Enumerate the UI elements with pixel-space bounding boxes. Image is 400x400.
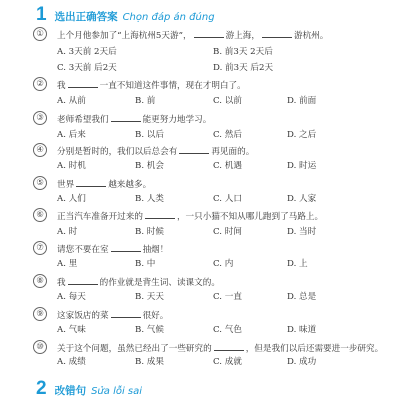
option-c[interactable]: C. 内 [213,258,233,270]
option-a[interactable]: A. 3天前 2天后 [57,46,117,58]
option-d[interactable]: D. 总是 [287,291,316,303]
option-d[interactable]: D. 之后 [287,129,316,141]
option-b[interactable]: B. 前3天 2天后 [213,46,273,58]
answer-blank[interactable] [145,209,175,219]
option-a[interactable]: A. 时 [57,226,77,238]
question-text: 上个月他参加了“上海杭州5天游”，游上海，游杭州。 [57,28,328,42]
question-text: 这家饭店的菜很好。 [57,308,168,322]
answer-blank[interactable] [194,28,224,38]
question-number: ④ [33,143,47,157]
section-title: 改错句 [55,383,87,398]
question-text: 关于这个问题，虽然已经出了一些研究的，但是我们以后还需要进一步研究。 [57,341,383,355]
answer-blank[interactable] [214,341,244,351]
option-b[interactable]: B. 气候 [135,324,164,336]
answer-blank[interactable] [76,177,106,187]
option-b[interactable]: B. 机会 [135,160,164,172]
option-b[interactable]: B. 天天 [135,291,164,303]
question-number: ⑨ [33,307,47,321]
option-b[interactable]: B. 以后 [135,129,164,141]
section-subtitle: Sửa lỗi sai [91,386,142,397]
option-c[interactable]: C. 气色 [213,324,242,336]
question-text: 世界越来越多。 [57,177,151,191]
option-c[interactable]: C. 成就 [213,356,242,368]
answer-blank[interactable] [68,275,98,285]
question-number: ① [33,27,47,41]
answer-blank[interactable] [111,112,141,122]
answer-blank[interactable] [68,78,98,88]
section-number: 1 [36,4,47,26]
option-d[interactable]: D. 时运 [287,160,316,172]
answer-blank[interactable] [111,242,141,252]
question-text: 请您不要在室抽烟！ [57,242,168,256]
option-b[interactable]: B. 前 [135,95,155,107]
section-title: 选出正确答案 [55,9,118,24]
option-c[interactable]: C. 一直 [213,291,242,303]
option-c[interactable]: C. 以前 [213,95,242,107]
option-b[interactable]: B. 中 [135,258,155,270]
question-number: ⑧ [33,274,47,288]
option-a[interactable]: A. 成绩 [57,356,86,368]
option-c[interactable]: C. 机遇 [213,160,242,172]
question-text: 正当汽车准备开过来的，一只小猫不知从哪儿跑到了马路上。 [57,209,323,223]
option-d[interactable]: D. 味道 [287,324,316,336]
section-1-header: 1 选出正确答案 Chọn đáp án đúng [36,4,215,26]
option-d[interactable]: D. 成功 [287,356,316,368]
question-text: 我一直不知道这件事情，现在才明白了。 [57,78,246,92]
option-a[interactable]: A. 时机 [57,160,86,172]
answer-blank[interactable] [111,308,141,318]
option-a[interactable]: A. 后来 [57,129,86,141]
section-subtitle: Chọn đáp án đúng [123,12,215,23]
option-c[interactable]: C. 3天前 后2天 [57,62,117,74]
question-text: 老师希望我们能更努力地学习。 [57,112,211,126]
option-d[interactable]: D. 上 [287,258,308,270]
question-text: 我的作业就是背生词、读课文的。 [57,275,220,289]
question-number: ⑦ [33,241,47,255]
question-number: ③ [33,111,47,125]
question-text: 分别是暂时的，我们以后总会有再见面的。 [57,144,254,158]
option-a[interactable]: A. 从前 [57,95,86,107]
section-number: 2 [36,378,47,400]
option-d[interactable]: D. 前3天 后2天 [213,62,273,74]
option-c[interactable]: C. 时间 [213,226,242,238]
option-b[interactable]: B. 成果 [135,356,164,368]
option-d[interactable]: D. 前面 [287,95,316,107]
option-c[interactable]: C. 然后 [213,129,242,141]
question-number: ⑩ [33,340,47,354]
option-d[interactable]: D. 当时 [287,226,316,238]
option-a[interactable]: A. 人们 [57,193,86,205]
option-a[interactable]: A. 每天 [57,291,86,303]
question-number: ② [33,77,47,91]
section-2-header: 2 改错句 Sửa lỗi sai [36,378,142,400]
option-d[interactable]: D. 人家 [287,193,316,205]
answer-blank[interactable] [262,28,292,38]
question-number: ⑥ [33,208,47,222]
option-b[interactable]: B. 时候 [135,226,164,238]
option-b[interactable]: B. 人类 [135,193,164,205]
option-a[interactable]: A. 里 [57,258,77,270]
question-number: ⑤ [33,176,47,190]
option-c[interactable]: C. 人口 [213,193,242,205]
option-a[interactable]: A. 气味 [57,324,86,336]
answer-blank[interactable] [179,144,209,154]
